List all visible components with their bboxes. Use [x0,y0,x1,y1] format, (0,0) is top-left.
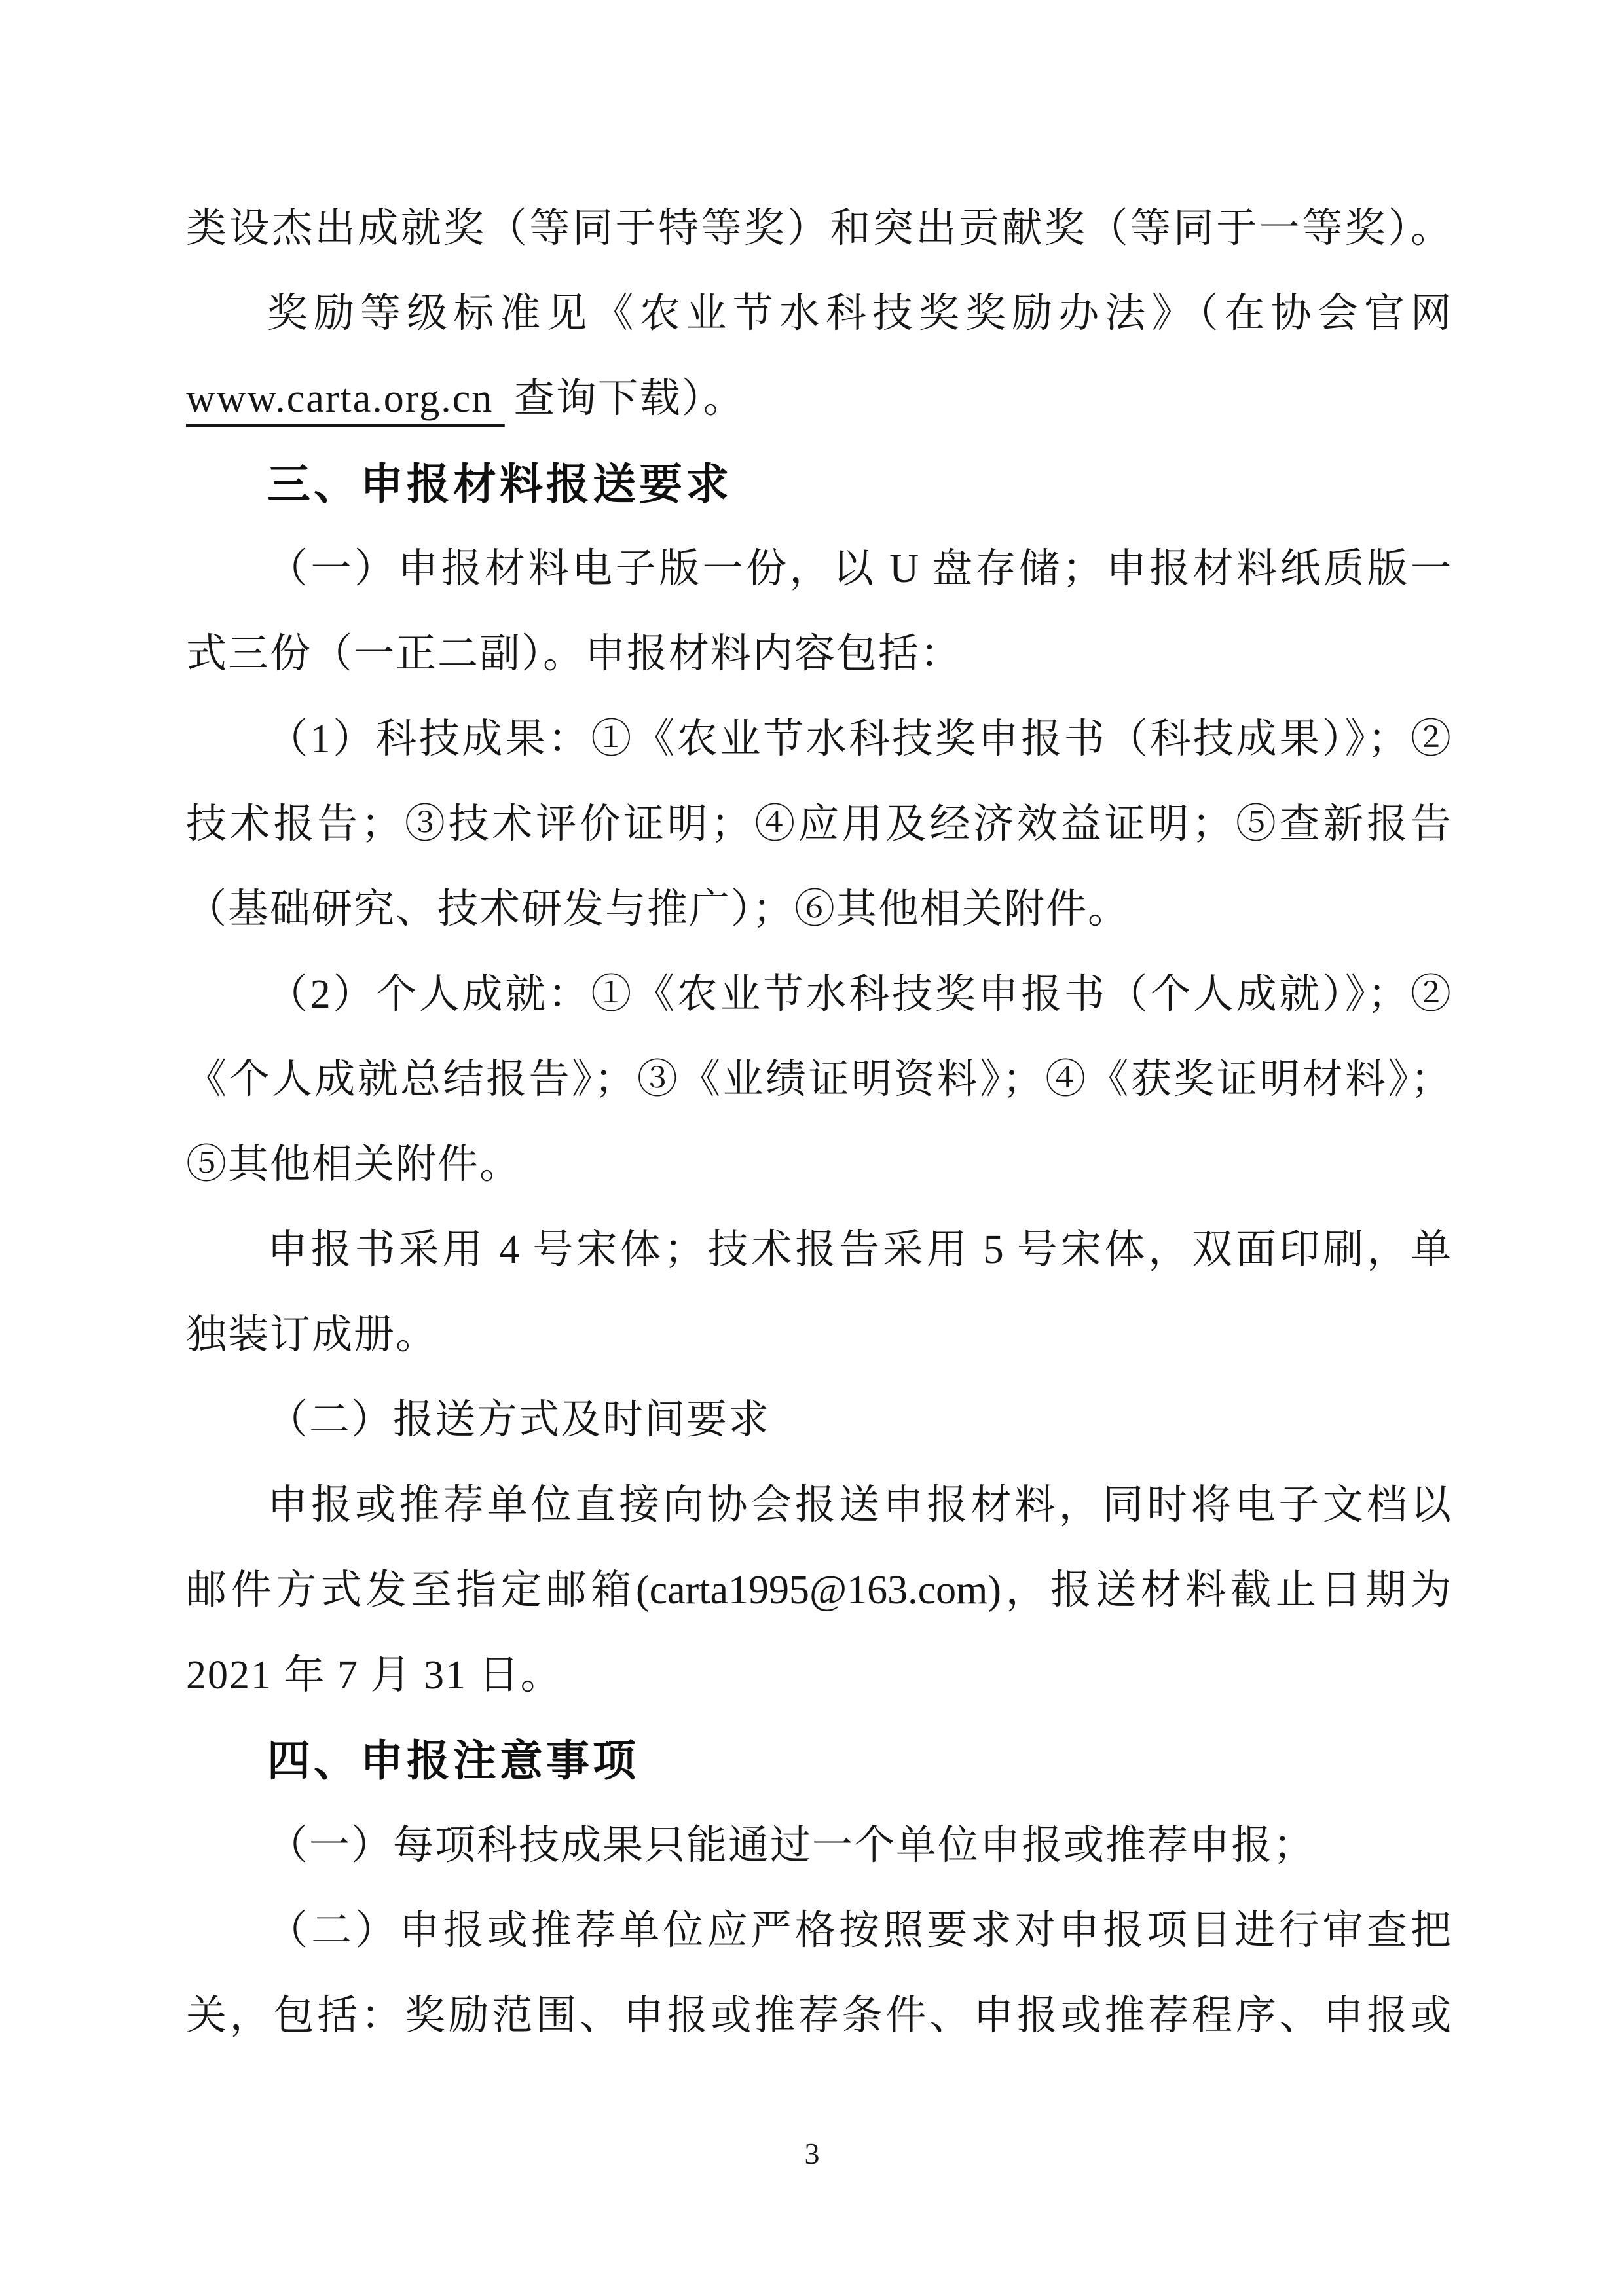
text-line: 2021 年 7 月 31 日。 [186,1633,1451,1718]
text-line: 关，包括：奖励范围、申报或推荐条件、申报或推荐程序、申报或 [186,1973,1451,2058]
section-heading: 三、申报材料报送要求 [186,441,1451,526]
text-line: （2）个人成就：①《农业节水科技奖申报书（个人成就）》；② [186,952,1451,1037]
text-line: 技术报告；③技术评价证明；④应用及经济效益证明；⑤查新报告 [186,782,1451,867]
text-line: （一）每项科技成果只能通过一个单位申报或推荐申报； [186,1803,1451,1888]
text-line: （一）申报材料电子版一份，以 U 盘存储；申报材料纸质版一 [186,526,1451,611]
text-line: 奖励等级标准见《农业节水科技奖奖励办法》（在协会官网 [186,271,1451,356]
text-line: （基础研究、技术研发与推广）；⑥其他相关附件。 [186,867,1451,952]
text-segment: 查询下载）。 [514,376,745,421]
website-url: www.carta.org.cn [186,376,514,421]
text-line: 邮件方式发至指定邮箱(carta1995@163.com)，报送材料截止日期为 [186,1548,1451,1633]
text-line: （二）申报或推荐单位应严格按照要求对申报项目进行审查把 [186,1888,1451,1973]
text-line: 独装订成册。 [186,1292,1451,1377]
text-line: 申报或推荐单位直接向协会报送申报材料，同时将电子文档以 [186,1463,1451,1548]
document-body: 类设杰出成就奖（等同于特等奖）和突出贡献奖（等同于一等奖）。奖励等级标准见《农业… [186,186,1451,2058]
text-line: （二）报送方式及时间要求 [186,1377,1451,1463]
section-heading: 四、申报注意事项 [186,1718,1451,1803]
text-line: www.carta.org.cn 查询下载）。 [186,356,1451,441]
text-line: 式三份（一正二副）。申报材料内容包括： [186,611,1451,697]
text-line: 《个人成就总结报告》；③《业绩证明资料》；④《获奖证明材料》； [186,1037,1451,1122]
text-line: （1）科技成果：①《农业节水科技奖申报书（科技成果）》；② [186,697,1451,782]
page-number: 3 [0,2121,1624,2187]
text-line: 申报书采用 4 号宋体；技术报告采用 5 号宋体，双面印刷，单 [186,1207,1451,1292]
text-line: 类设杰出成就奖（等同于特等奖）和突出贡献奖（等同于一等奖）。 [186,186,1451,271]
text-line: ⑤其他相关附件。 [186,1122,1451,1207]
